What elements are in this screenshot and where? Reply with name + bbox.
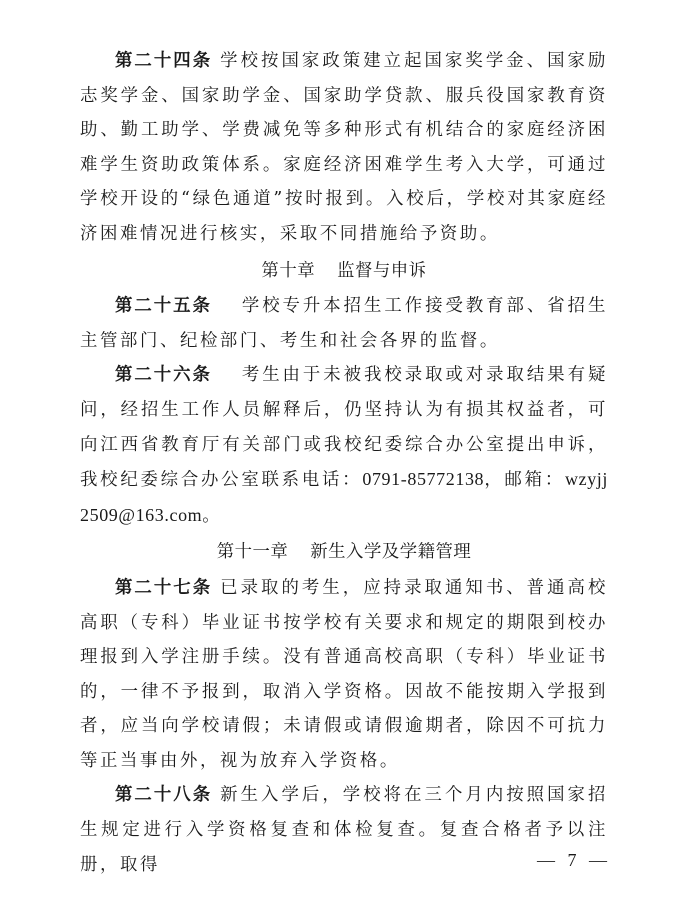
article-27: 第二十七条已录取的考生，应持录取通知书、普通高校高职（专科）毕业证书按学校有关要…	[80, 571, 608, 779]
chapter-10-heading: 第十章监督与申诉	[80, 254, 608, 289]
article-heading: 第二十五条	[115, 296, 212, 316]
page-number: — 7 —	[537, 850, 611, 871]
article-body: 学校按国家政策建立起国家奖学金、国家励志奖学金、国家助学金、国家助学贷款、服兵役…	[80, 51, 608, 244]
document-page: 第二十四条学校按国家政策建立起国家奖学金、国家励志奖学金、国家助学金、国家助学贷…	[80, 44, 608, 882]
chapter-title: 新生入学及学籍管理	[310, 542, 471, 562]
article-24: 第二十四条学校按国家政策建立起国家奖学金、国家励志奖学金、国家助学金、国家助学贷…	[80, 44, 608, 252]
chapter-11-heading: 第十一章新生入学及学籍管理	[80, 535, 608, 570]
chapter-number: 第十一章	[217, 542, 289, 562]
article-heading: 第二十四条	[115, 51, 212, 71]
chapter-title: 监督与申诉	[337, 261, 426, 281]
article-25: 第二十五条学校专升本招生工作接受教育部、省招生主管部门、纪检部门、考生和社会各界…	[80, 289, 608, 358]
article-body-end: 。	[202, 506, 222, 526]
article-body-connector: ，邮箱：	[484, 470, 565, 490]
article-28: 第二十八条新生入学后，学校将在三个月内按照国家招生规定进行入学资格复查和体检复查…	[80, 778, 608, 882]
article-26: 第二十六条考生由于未被我校录取或对录取结果有疑问，经招生工作人员解释后，仍坚持认…	[80, 358, 608, 533]
article-body: 已录取的考生，应持录取通知书、普通高校高职（专科）毕业证书按学校有关要求和规定的…	[80, 578, 608, 771]
chapter-number: 第十章	[261, 261, 315, 281]
contact-phone: 0791-85772138	[362, 469, 484, 489]
article-heading: 第二十七条	[115, 578, 212, 598]
article-heading: 第二十六条	[115, 365, 212, 385]
article-heading: 第二十八条	[115, 785, 212, 805]
